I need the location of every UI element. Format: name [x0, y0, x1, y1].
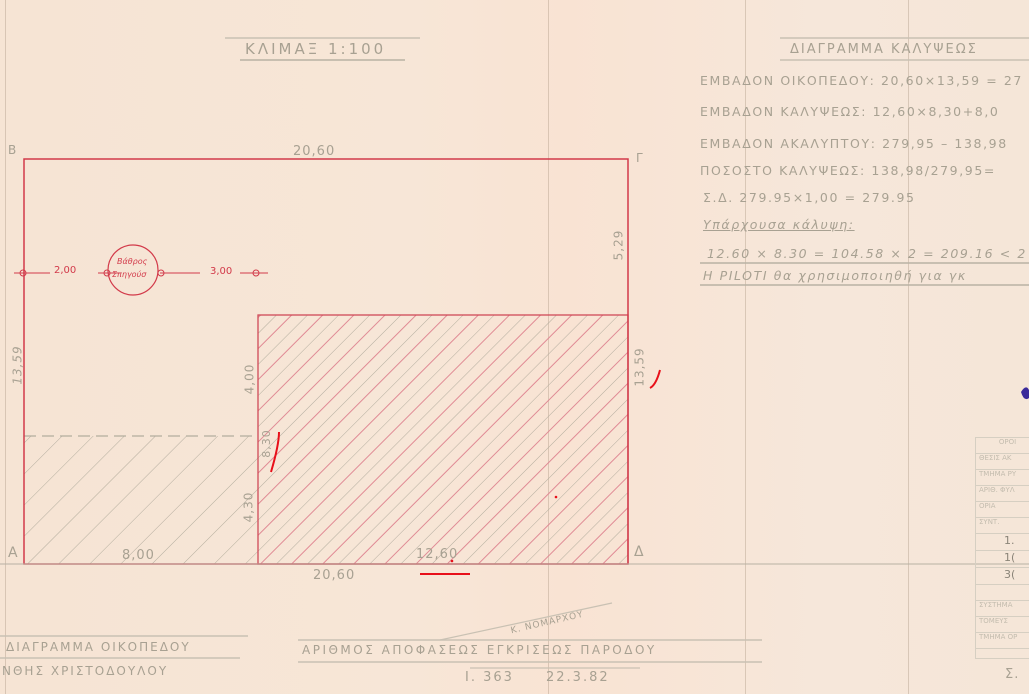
dim-building-upper: 4,00: [242, 364, 256, 395]
well-label-line2: Σπηγούσ: [112, 270, 146, 279]
dim-top-width: 20,60: [293, 144, 335, 159]
well-left-distance: 2,00: [54, 265, 76, 276]
footer-owner-name: ΝΘΗΣ ΧΡΙΣΤΟΔΟΥΛΟΥ: [2, 664, 168, 678]
dim-left-height: 13,59: [11, 345, 25, 384]
table-row: ΤΟΜΕΥΣ: [976, 617, 1029, 633]
table-row: ΟΡΟΙ: [976, 438, 1029, 454]
coverage-title: ΔΙΑΓΡΑΜΜΑ ΚΑΛΥΨΕΩΣ: [790, 42, 978, 57]
table-row: 3(: [976, 568, 1029, 585]
coverage-line-building-factor: Σ.Δ. 279.95×1,00 = 279.95: [703, 190, 916, 205]
table-row: ΘΕΣΙΣ ΑΚ: [976, 454, 1029, 470]
existing-coverage-calc: 12.60 × 8.30 = 104.58 × 2 = 209.16 < 2: [707, 246, 1027, 261]
table-row: ΤΜΗΜΑ ΡΥ: [976, 470, 1029, 486]
coverage-line-uncovered-area: ΕΜΒΑΔΟΝ ΑΚΑΛΥΠΤΟΥ: 279,95 – 138,98: [700, 136, 1008, 151]
coverage-line-plot-area: ΕΜΒΑΔΟΝ ΟΙΚΟΠΕΔΟΥ: 20,60×13,59 = 27: [700, 73, 1023, 88]
well-right-distance: 3,00: [210, 266, 232, 277]
table-row: ΤΜΗΜΑ ΟΡ: [976, 633, 1029, 649]
dim-right-height: 13,59: [633, 347, 647, 386]
existing-coverage-title: Υπάρχουσα κάλυψη:: [703, 217, 855, 232]
footer-decision-date: 22.3.82: [546, 670, 610, 685]
dim-building-height: 8,30: [260, 429, 273, 458]
table-row: [976, 585, 1029, 601]
piloti-note: Η PILOTI θα χρησιμοποιηθή για γκ: [703, 268, 967, 283]
table-row: ΣΥΝΤ.: [976, 518, 1029, 534]
table-row: ΣΥΣΤΗΜΑ: [976, 601, 1029, 617]
dim-left-covered-width: 8,00: [122, 548, 155, 563]
dim-bottom-width: 20,60: [313, 568, 355, 583]
corner-label-b: Β: [8, 143, 17, 157]
dim-building-width: 12,60: [416, 547, 458, 562]
footer-decision-number: Ι. 363: [465, 670, 514, 685]
coverage-line-covered-area: ΕΜΒΑΔΟΝ ΚΑΛΥΨΕΩΣ: 12,60×8,30+8,0: [700, 104, 999, 119]
coverage-line-percentage: ΠΟΣΟΣΤΟ ΚΑΛΥΨΕΩΣ: 138,98/279,95=: [700, 163, 996, 178]
side-info-table: ΟΡΟΙ ΘΕΣΙΣ ΑΚ ΤΜΗΜΑ ΡΥ ΑΡΙΘ. ΦΥΛ ΟΡΙΑ ΣΥ…: [975, 437, 1029, 659]
dim-right-upper: 5,29: [611, 230, 625, 261]
footer-plot-diagram-title: ΔΙΑΓΡΑΜΜΑ ΟΙΚΟΠΕΔΟΥ: [6, 640, 191, 654]
table-row: 1.: [976, 534, 1029, 551]
footer-decision-title: ΑΡΙΘΜΟΣ ΑΠΟΦΑΣΕΩΣ ΕΓΚΡΙΣΕΩΣ ΠΑΡΟΔΟΥ: [302, 643, 657, 657]
corner-label-a: Α: [8, 545, 19, 561]
table-row: ΑΡΙΘ. ΦΥΛ: [976, 486, 1029, 502]
well-label-line1: Βάθρος: [117, 257, 147, 266]
side-table-footer: Σ.: [1005, 667, 1019, 682]
table-row: ΟΡΙΑ: [976, 502, 1029, 518]
scale-title: ΚΛΙΜΑΞ 1:100: [245, 40, 386, 58]
dim-building-lower: 4,30: [241, 492, 255, 523]
corner-label-d: Δ: [634, 544, 645, 560]
table-row: 1(: [976, 551, 1029, 568]
corner-label-g: Γ: [636, 151, 644, 165]
